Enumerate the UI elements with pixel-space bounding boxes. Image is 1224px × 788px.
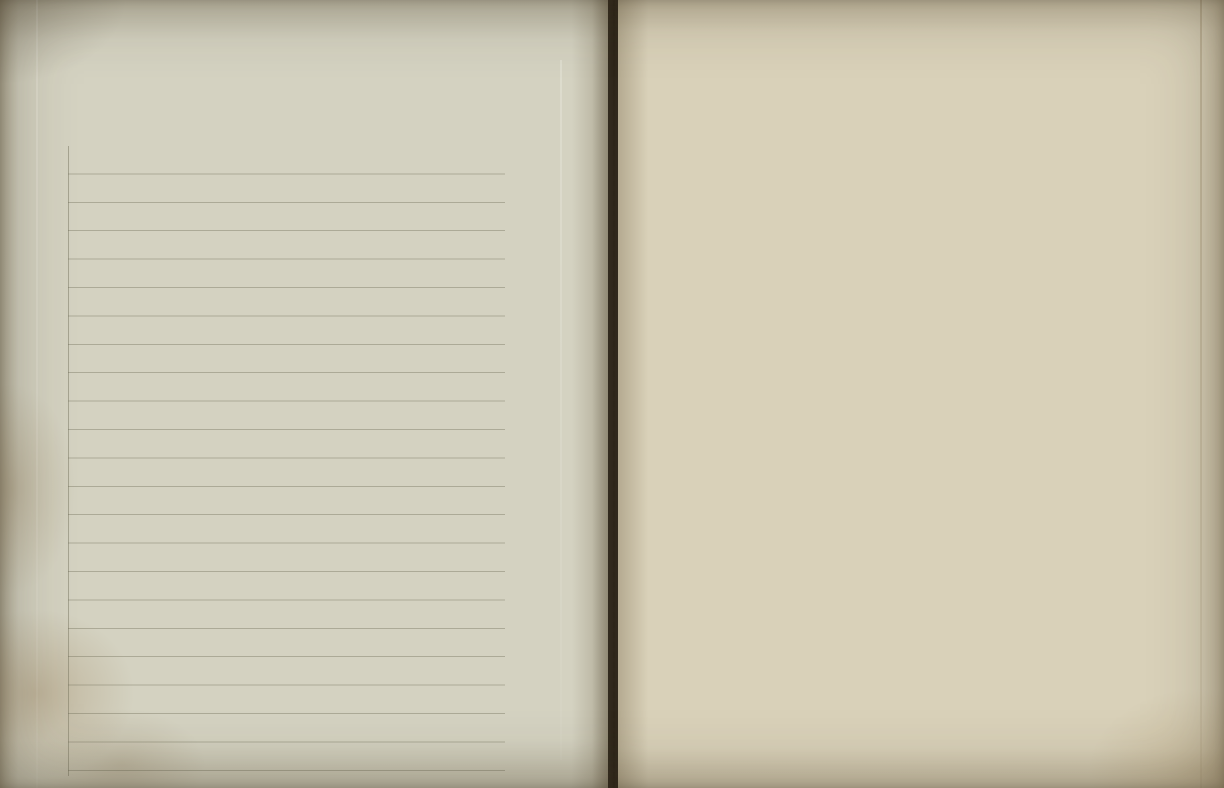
left-page [0, 0, 608, 788]
manuscript-spread: Глава́.п. 79 152. Мца ію́ля въ є́ днь , … [0, 0, 1224, 788]
ruled-lines [68, 146, 505, 776]
right-page: Глава́.п. 79 152. Мца ію́ля въ є́ днь , … [618, 0, 1224, 788]
binding-seam [613, 0, 615, 788]
